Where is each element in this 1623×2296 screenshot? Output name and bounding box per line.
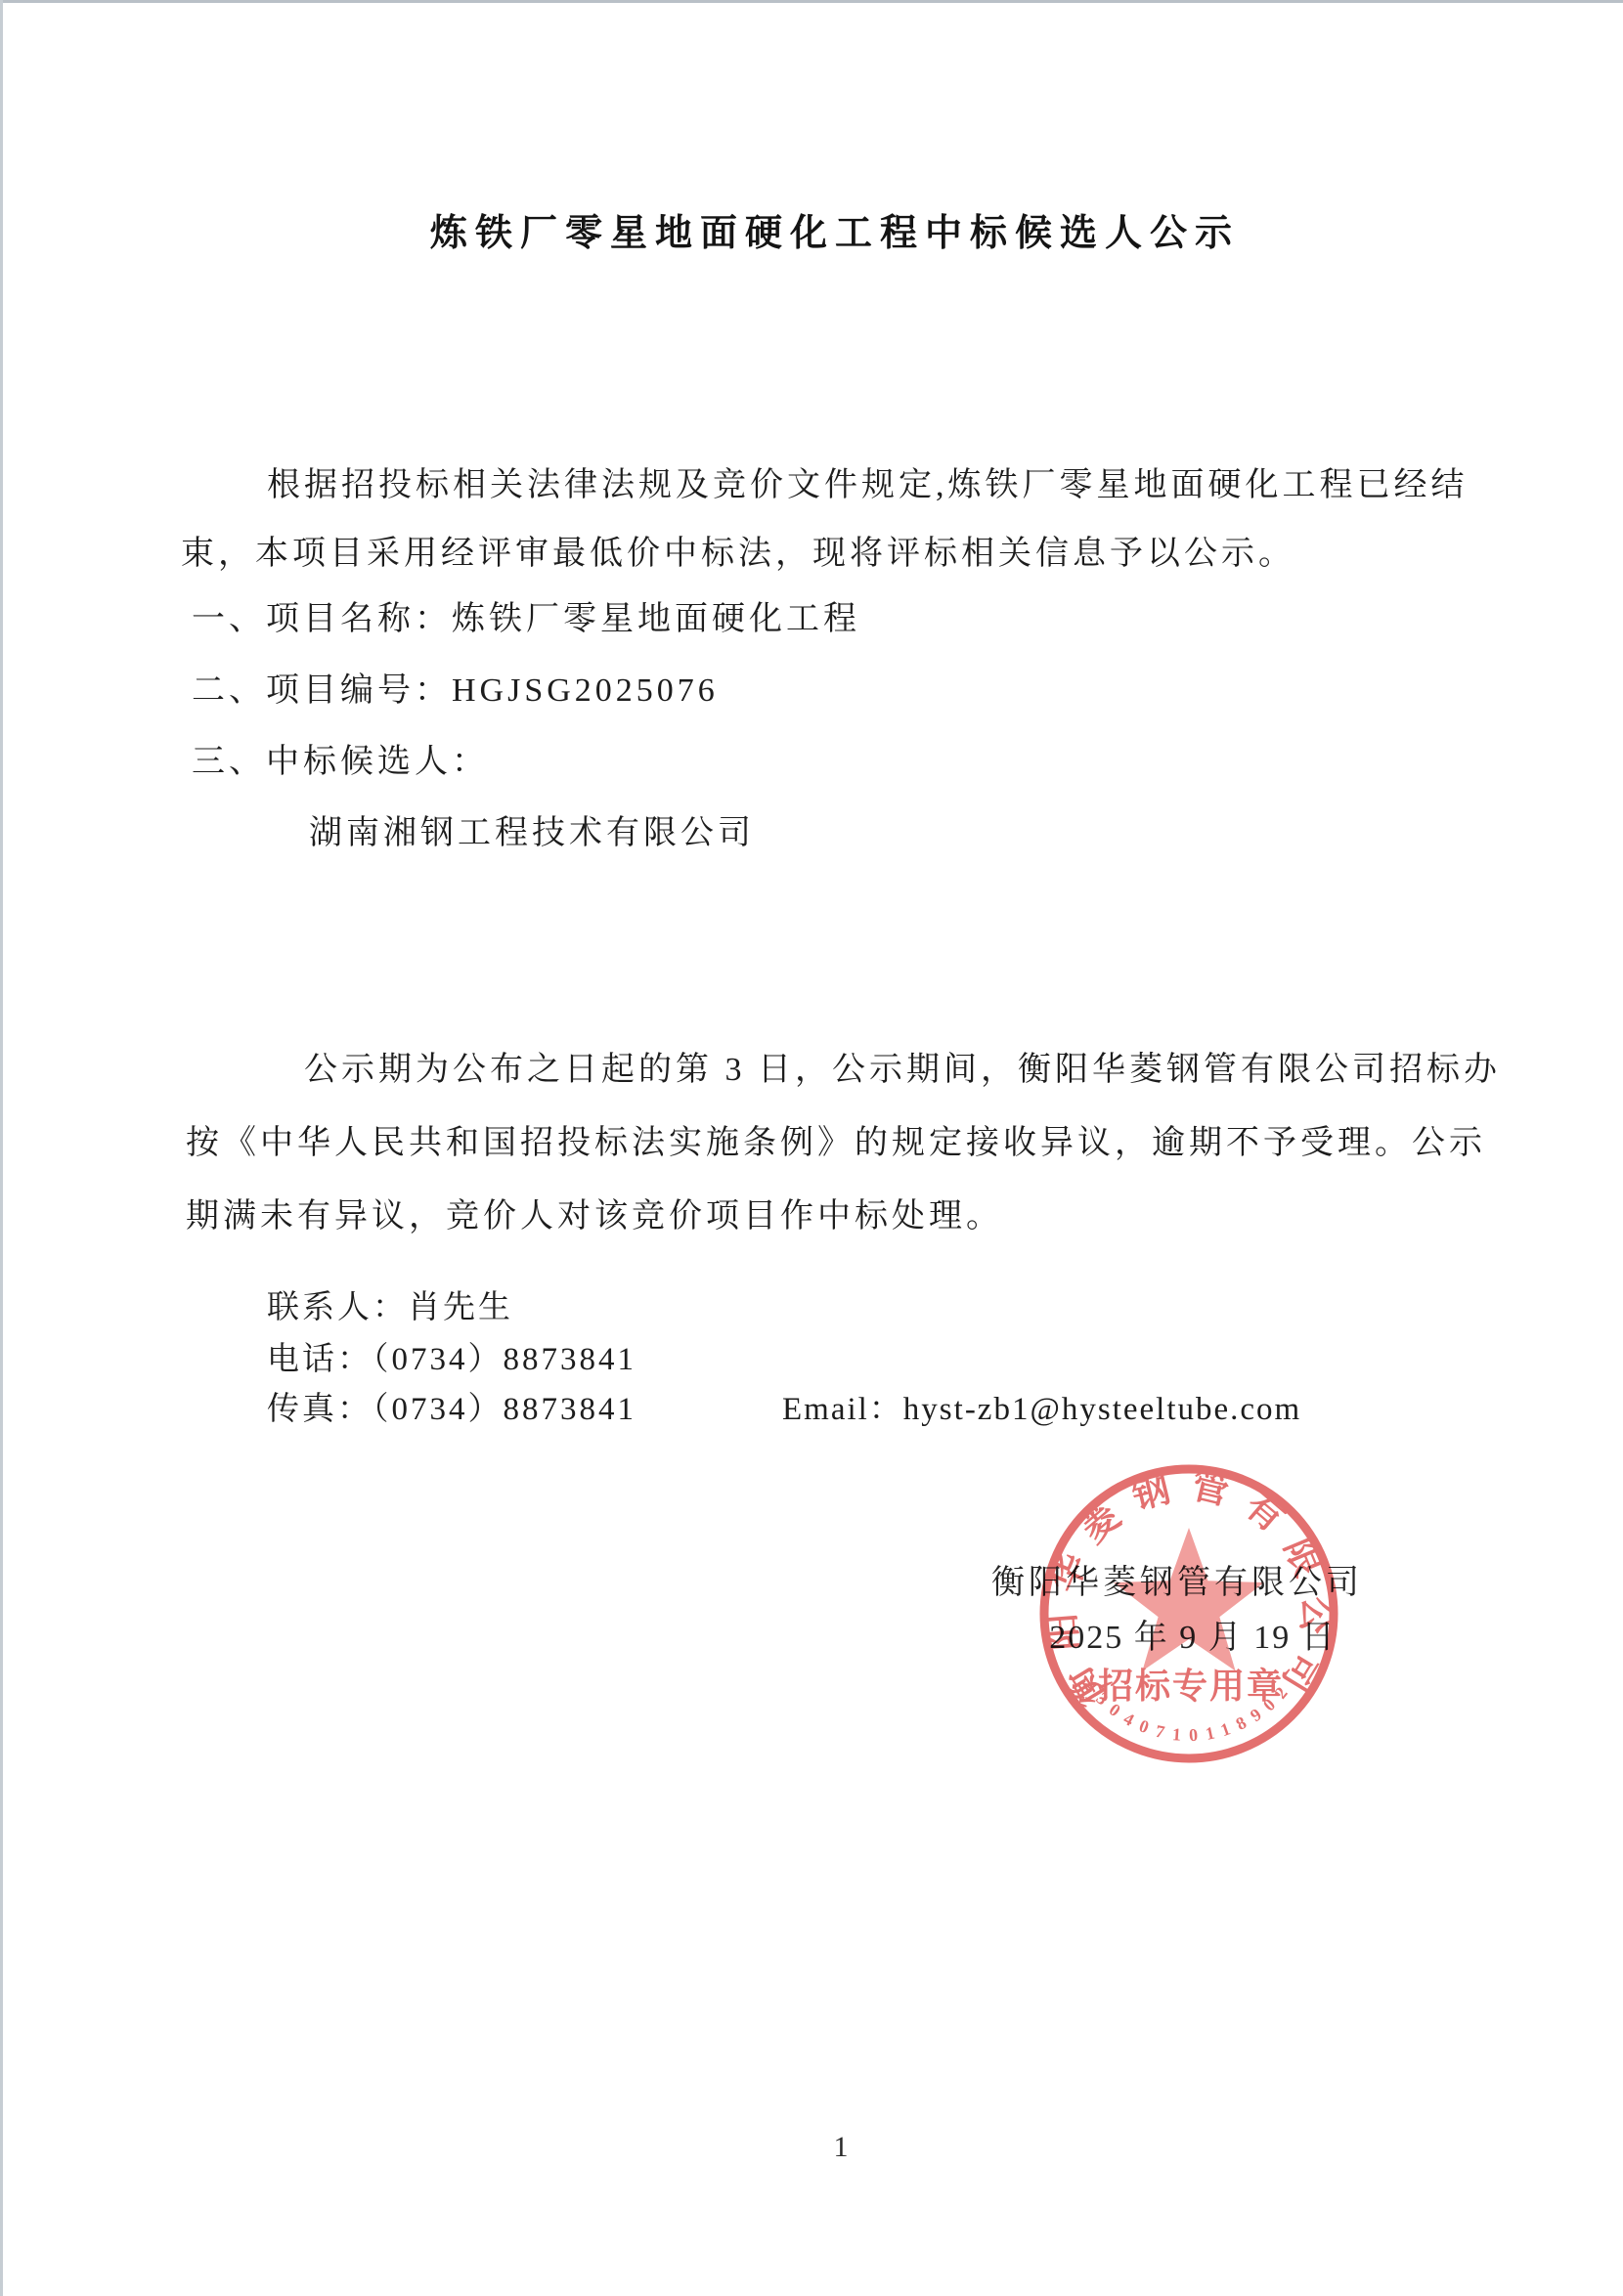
scanned-document: { "page": { "title": "炼铁厂零星地面硬化工程中标候选人公示… <box>0 0 1623 2296</box>
list-item-candidates-label: 三、中标候选人： <box>192 743 489 782</box>
scan-edge-top <box>0 0 1623 3</box>
company-seal-stamp: 衡阳华菱钢管有限公司 43040710118902 招标专用章 <box>1033 1460 1344 1771</box>
notice-line: 按《中华人民共和国招投标法实施条例》的规定接收异议，逾期不予受理。公示 <box>186 1124 1486 1163</box>
candidate-company: 湖南湘钢工程技术有限公司 <box>309 814 755 853</box>
intro-line: 根据招投标相关法律法规及竞价文件规定,炼铁厂零星地面硬化工程已经结 <box>267 466 1469 505</box>
contact-email: Email：hyst-zb1@hysteeltube.com <box>782 1390 1301 1429</box>
document-title: 炼铁厂零星地面硬化工程中标候选人公示 <box>47 202 1623 256</box>
scan-edge-left <box>0 0 3 2296</box>
notice-line: 期满未有异议，竞价人对该竞价项目作中标处理。 <box>186 1197 1003 1236</box>
contact-fax: 传真：（0734）8873841 <box>267 1390 636 1429</box>
seal-star-icon <box>1114 1528 1264 1671</box>
contact-person: 联系人：肖先生 <box>267 1288 513 1327</box>
notice-line: 公示期为公布之日起的第 3 日，公示期间，衡阳华菱钢管有限公司招标办 <box>304 1051 1501 1090</box>
intro-line: 束，本项目采用经评审最低价中标法，现将评标相关信息予以公示。 <box>181 535 1295 574</box>
list-item-project-number: 二、项目编号：HGJSG2025076 <box>192 671 719 711</box>
seal-center-label: 招标专用章 <box>1098 1666 1284 1706</box>
list-item-project-name: 一、项目名称：炼铁厂零星地面硬化工程 <box>192 600 860 639</box>
contact-phone: 电话：（0734）8873841 <box>267 1340 636 1379</box>
page-number: 1 <box>782 2131 899 2164</box>
